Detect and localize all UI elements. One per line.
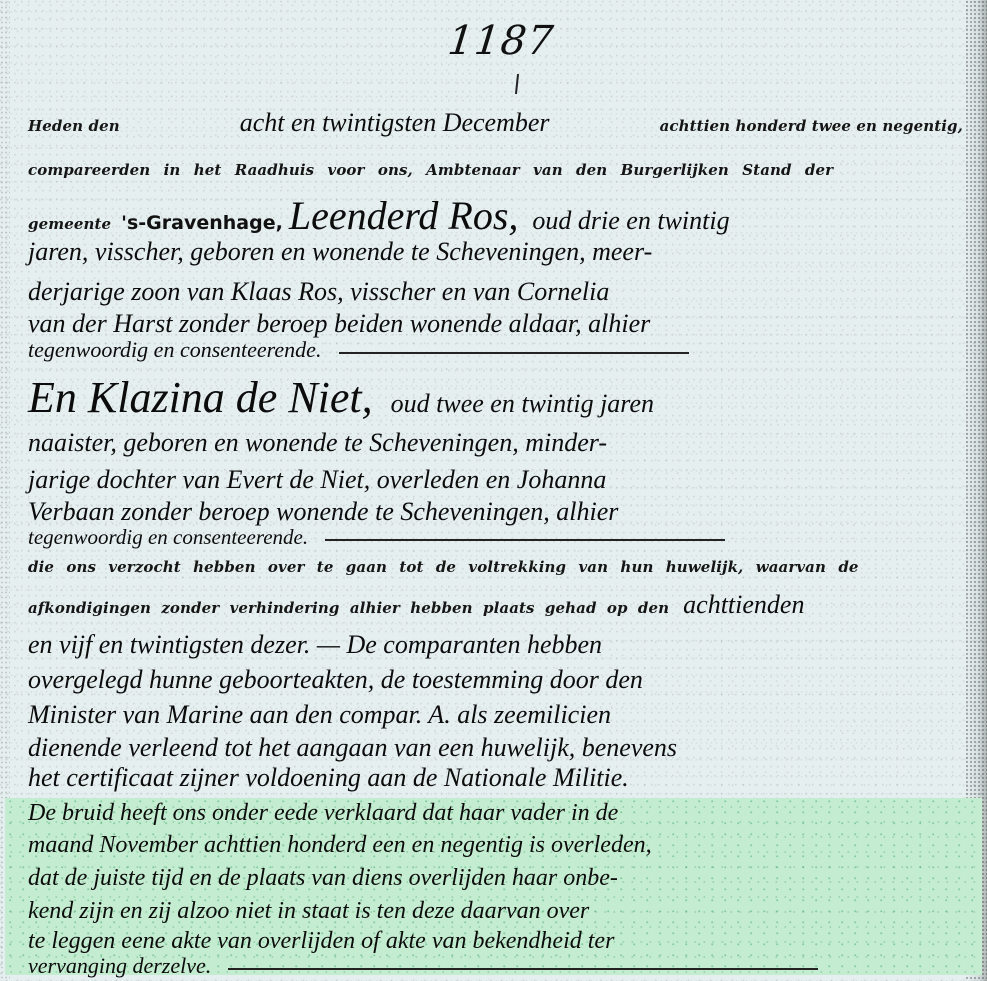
- handwritten-text: vervanging derzelve.: [28, 953, 211, 979]
- record-line-15: en vijf en twintigsten dezer. — De compa…: [28, 630, 602, 660]
- record-line-7: tegenwoordig en consenteerende.: [28, 337, 689, 363]
- record-line-3: gemeente 's-Gravenhage, Leenderd Ros, ou…: [28, 192, 973, 239]
- handwritten-date: acht en twintigsten December: [240, 108, 550, 138]
- record-line-24: te leggen eene akte van overlijden of ak…: [28, 928, 614, 955]
- page-number: 1187: [446, 18, 557, 64]
- record-line-18: dienende verleend tot het aangaan van ee…: [28, 733, 677, 763]
- handwritten-date: achttienden: [683, 590, 804, 620]
- municipality-name: 's-Gravenhage,: [121, 212, 283, 234]
- bride-age: oud twee en twintig jaren: [391, 389, 654, 419]
- record-line-4: jaren, visscher, geboren en wonende te S…: [28, 237, 652, 267]
- record-line-2: compareerden in het Raadhuis voor ons, A…: [28, 160, 963, 179]
- bride-name: En Klazina de Niet,: [28, 372, 373, 423]
- printed-text: afkondigingen zonder verhindering alhier…: [28, 599, 669, 617]
- record-line-23: kend zijn en zij alzoo niet in staat is …: [28, 898, 589, 925]
- record-line-5: derjarige zoon van Klaas Ros, visscher e…: [28, 277, 609, 307]
- groom-name: Leenderd Ros,: [289, 192, 519, 239]
- printed-text: Heden den: [28, 117, 120, 135]
- record-line-13: die ons verzocht hebben over te gaan tot…: [28, 557, 963, 576]
- handwritten-text: tegenwoordig en consenteerende.: [28, 337, 321, 363]
- record-line-19: het certificaat zijner voldoening aan de…: [28, 763, 629, 793]
- fill-rule: [339, 352, 689, 354]
- record-line-11: Verbaan zonder beroep wonende te Scheven…: [28, 497, 618, 527]
- printed-text: die ons verzocht hebben over te gaan tot…: [28, 558, 859, 576]
- groom-age: oud drie en twintig: [532, 206, 729, 236]
- record-line-17: Minister van Marine aan den compar. A. a…: [28, 700, 611, 730]
- record-line-6: van der Harst zonder beroep beiden wonen…: [28, 309, 650, 339]
- record-line-10: jarige dochter van Evert de Niet, overle…: [28, 465, 606, 495]
- record-line-22: dat de juiste tijd en de plaats van dien…: [28, 865, 618, 892]
- record-line-25: vervanging derzelve.: [28, 953, 818, 979]
- printed-text: achttien honderd twee en negentig,: [660, 117, 963, 135]
- record-line-12: tegenwoordig en consenteerende.: [28, 525, 725, 550]
- handwritten-text: tegenwoordig en consenteerende.: [28, 525, 308, 550]
- record-line-16: overgelegd hunne geboorteakten, de toest…: [28, 665, 643, 695]
- record-line-14: afkondigingen zonder verhindering alhier…: [28, 590, 973, 620]
- record-line-9: naaister, geboren en wonende te Scheveni…: [28, 428, 607, 458]
- record-line-21: maand November achttien honderd een en n…: [28, 832, 652, 859]
- record-line-8: En Klazina de Niet, oud twee en twintig …: [28, 372, 654, 423]
- record-line-20: De bruid heeft ons onder eede verklaard …: [28, 800, 618, 827]
- printed-text: compareerden in het Raadhuis voor ons, A…: [28, 161, 833, 179]
- printed-text: gemeente: [28, 215, 111, 233]
- record-line-1: Heden den acht en twintigsten December a…: [28, 108, 963, 138]
- fill-rule: [325, 539, 725, 541]
- fill-rule: [228, 968, 818, 970]
